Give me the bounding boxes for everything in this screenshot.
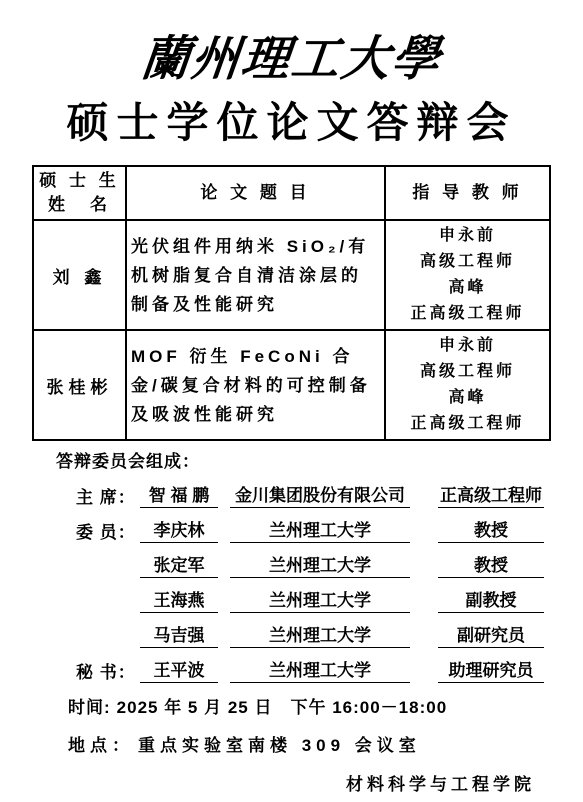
time-label: 时间: [68,698,111,717]
page-title: 硕士学位论文答辩会 [0,98,583,150]
committee-member-affiliation: 兰州理工大学 [230,621,410,648]
committee-member-affiliation: 兰州理工大学 [230,516,410,543]
advisor-name: 高峰 [390,275,545,301]
committee-row: 主 席： 智 福 鹏 金川集团股份有限公司 正高级工程师 [76,473,583,508]
committee-member-name: 马吉强 [140,621,218,648]
table-header-row: 硕 士 生 姓 名 论 文 题 目 指 导 教 师 [33,166,550,220]
committee-row: 秘 书： 王平波 兰州理工大学 助理研究员 [76,648,583,683]
committee-member-name: 李庆林 [140,516,218,543]
thesis-title: 光伏组件用纳米 SiO₂/有机树脂复合自清洁涂层的制备及性能研究 [126,220,385,330]
advisor-title: 高级工程师 [390,359,545,385]
committee-row: 张定军 兰州理工大学 教授 [76,543,583,578]
committee-heading: 答辩委员会组成： [56,451,583,473]
committee-member-title: 副研究员 [438,621,544,648]
committee-section: 答辩委员会组成： 主 席： 智 福 鹏 金川集团股份有限公司 正高级工程师 委 … [56,451,583,683]
committee-member-affiliation: 兰州理工大学 [230,551,410,578]
department-signature: 材料科学与工程学院 [0,770,535,795]
committee-row: 王海燕 兰州理工大学 副教授 [76,578,583,613]
committee-member-affiliation: 金川集团股份有限公司 [230,481,410,508]
advisor-title: 高级工程师 [390,249,545,275]
university-logo-calligraphy: 蘭州理工大學 [0,24,583,94]
location-value: 重点实验室南楼 309 会议室 [138,736,421,755]
committee-member-name: 智 福 鹏 [140,481,218,508]
defense-announcement-page: 蘭州理工大學 硕士学位论文答辩会 硕 士 生 姓 名 论 文 题 目 指 导 教… [0,0,583,802]
table-row: 张桂彬 MOF 衍生 FeCoNi 合金/碳复合材料的可控制备及吸波性能研究 申… [33,330,550,440]
advisor-title: 正高级工程师 [390,301,545,327]
committee-member-title: 副教授 [438,586,544,613]
advisor-name: 高峰 [390,385,545,411]
committee-member-name: 王平波 [140,656,218,683]
col-header-advisor: 指 导 教 师 [385,166,550,220]
student-name: 张桂彬 [33,330,126,440]
student-name: 刘 鑫 [33,220,126,330]
committee-member-affiliation: 兰州理工大学 [230,586,410,613]
committee-member-title: 助理研究员 [438,656,544,683]
committee-role-label: 秘 书： [76,658,140,683]
committee-member-name: 王海燕 [140,586,218,613]
time-value: 2025 年 5 月 25 日 下午 16:00－18:00 [117,698,447,717]
table-row: 刘 鑫 光伏组件用纳米 SiO₂/有机树脂复合自清洁涂层的制备及性能研究 申永前… [33,220,550,330]
student-name-header-line2: 姓 名 [38,193,121,217]
committee-member-name: 张定军 [140,551,218,578]
advisor-name: 申永前 [390,223,545,249]
committee-row: 委 员： 李庆林 兰州理工大学 教授 [76,508,583,543]
committee-role-label: 主 席： [76,483,140,508]
advisor-title: 正高级工程师 [390,411,545,437]
location-label: 地点： [68,736,134,755]
student-name-header-line1: 硕 士 生 [38,169,121,193]
col-header-thesis-title: 论 文 题 目 [126,166,385,220]
advisor-info: 申永前 高级工程师 高峰 正高级工程师 [385,220,550,330]
time-line: 时间:2025 年 5 月 25 日 下午 16:00－18:00 [68,693,583,718]
advisor-name: 申永前 [390,333,545,359]
committee-member-title: 教授 [438,516,544,543]
committee-member-title: 教授 [438,551,544,578]
thesis-title: MOF 衍生 FeCoNi 合金/碳复合材料的可控制备及吸波性能研究 [126,330,385,440]
location-line: 地点：重点实验室南楼 309 会议室 [68,731,583,756]
col-header-student-name: 硕 士 生 姓 名 [33,166,126,220]
committee-row: 马吉强 兰州理工大学 副研究员 [76,613,583,648]
advisor-info: 申永前 高级工程师 高峰 正高级工程师 [385,330,550,440]
committee-role-label: 委 员： [76,518,140,543]
defense-info-table: 硕 士 生 姓 名 论 文 题 目 指 导 教 师 刘 鑫 光伏组件用纳米 Si… [32,165,551,441]
committee-member-affiliation: 兰州理工大学 [230,656,410,683]
committee-member-title: 正高级工程师 [438,481,544,508]
